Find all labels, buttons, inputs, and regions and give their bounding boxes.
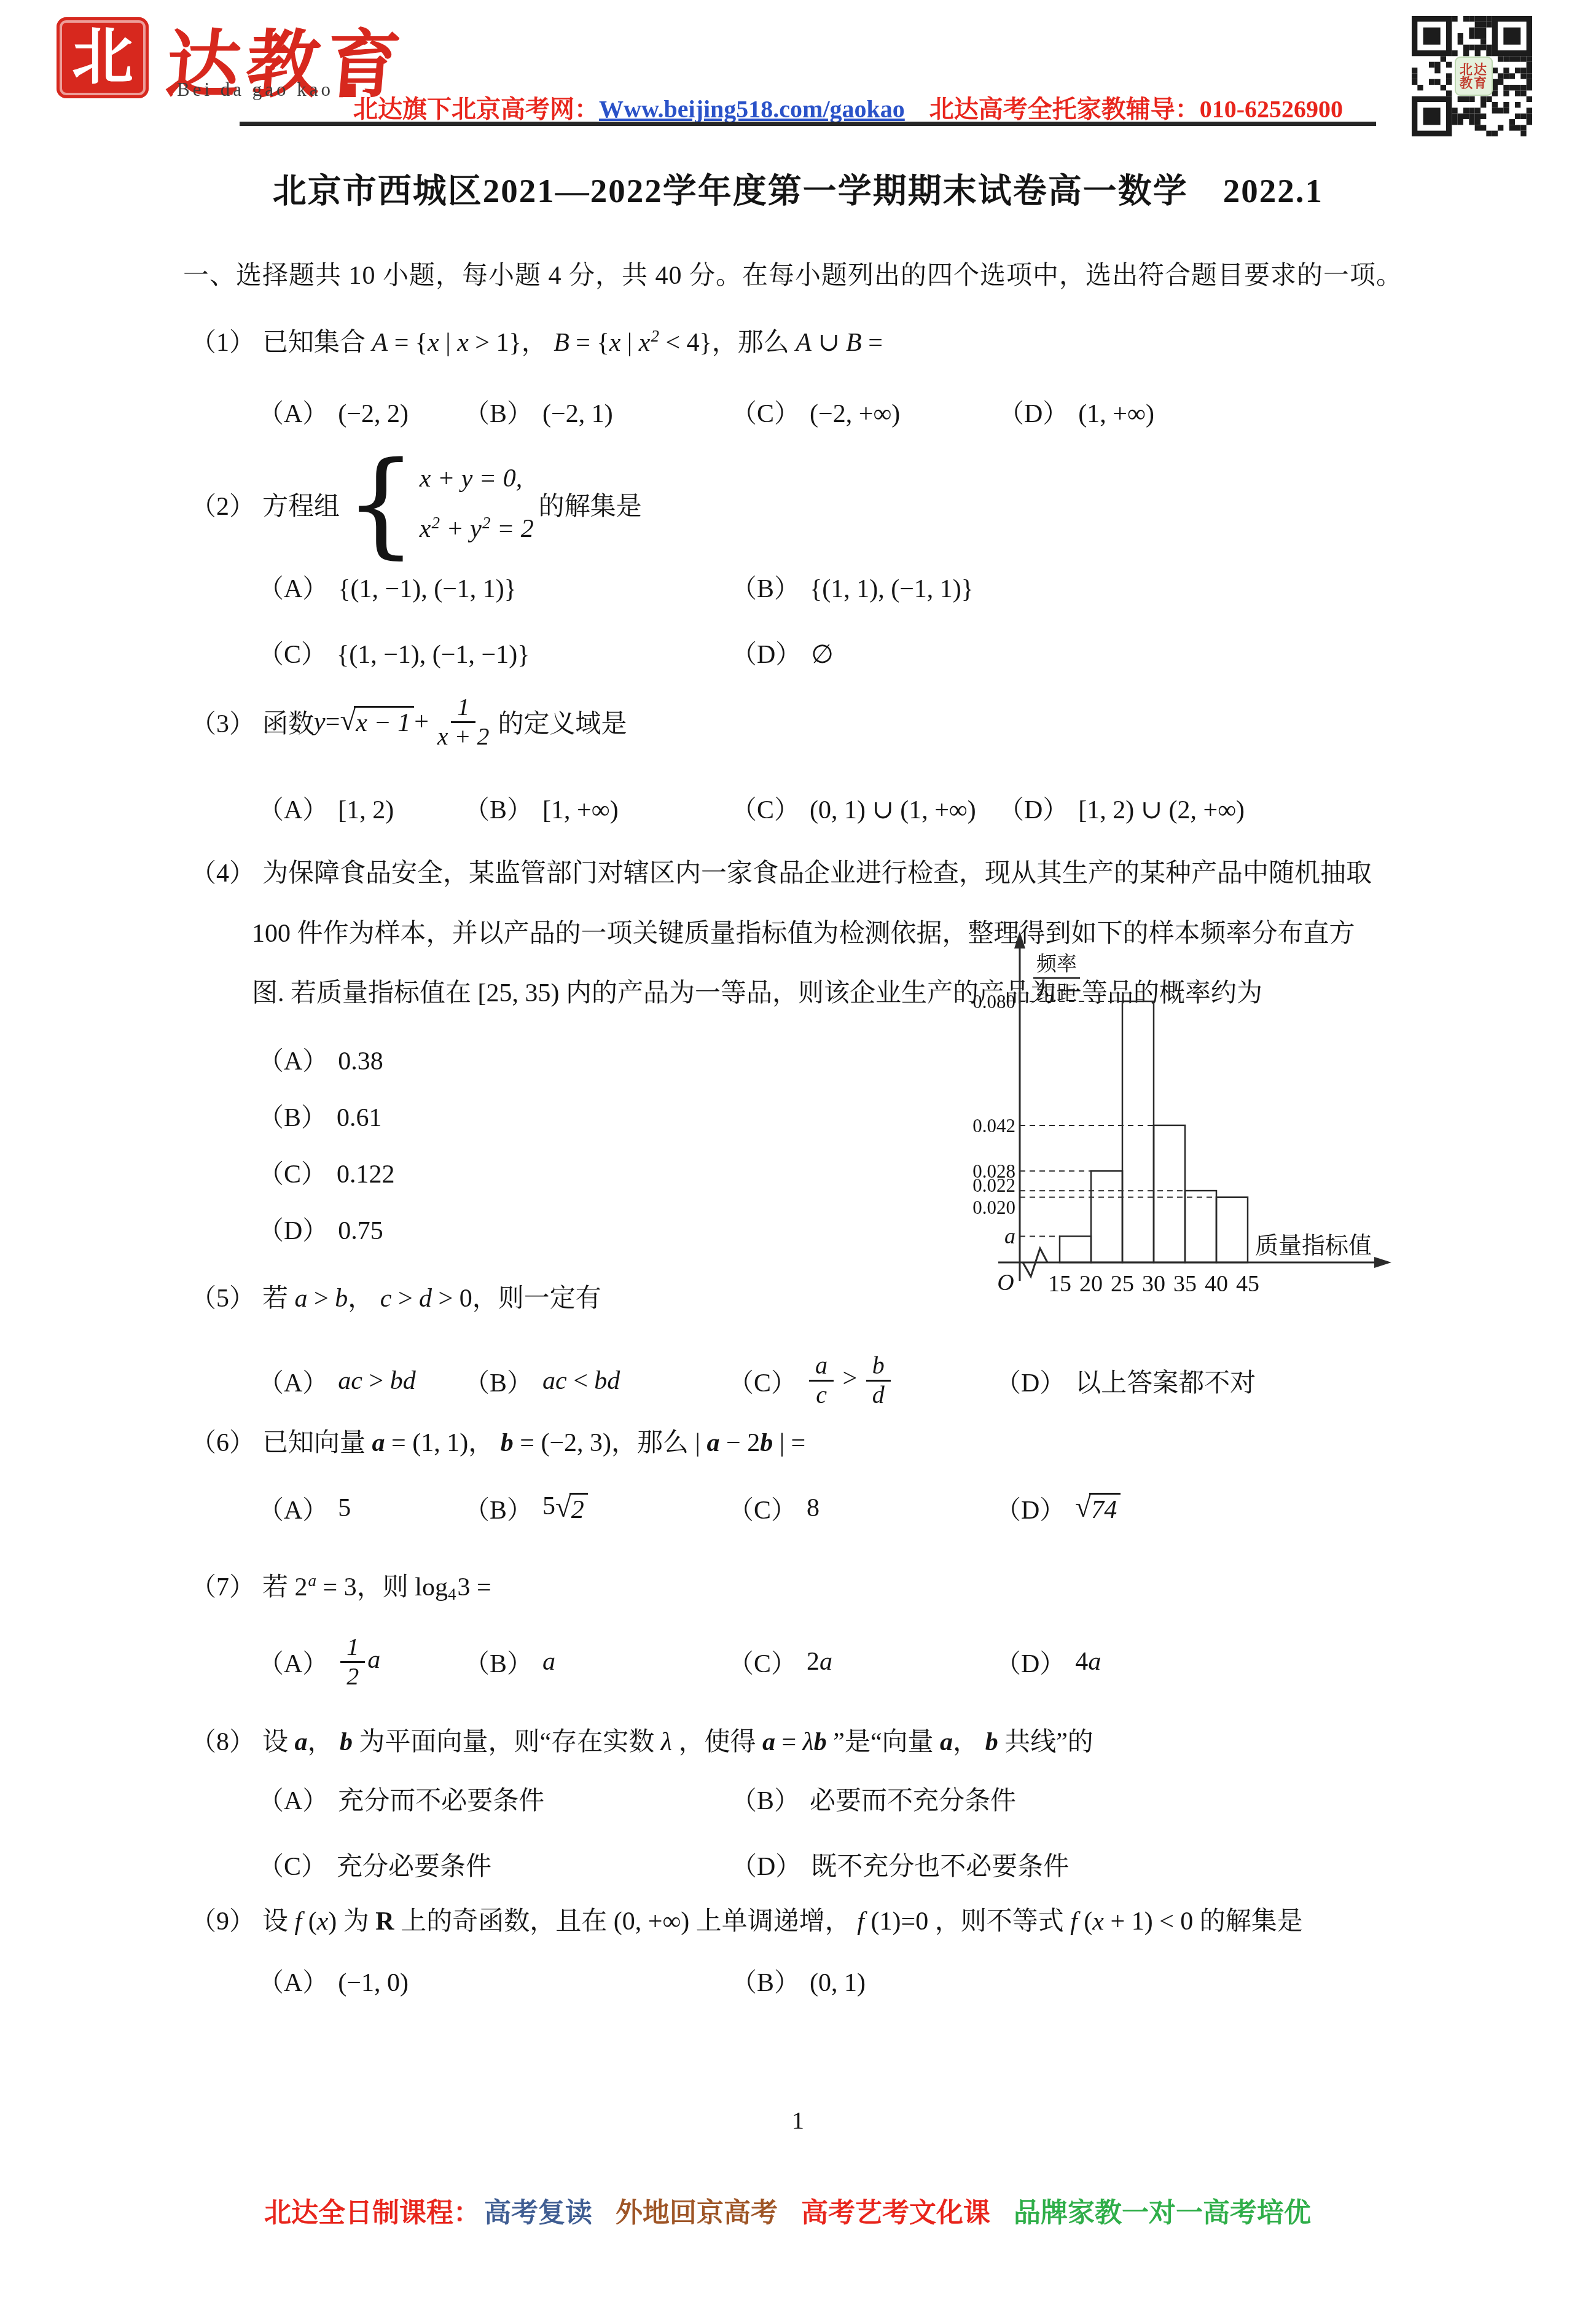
radicand: 74 [1089,1493,1121,1525]
option: （B）{(1, 1), (−1, 1)} [731,568,974,605]
text-segment: = [326,707,340,737]
math-segment: ac [542,1367,567,1395]
text-segment: 上的奇函数，且在 (0, +∞) 上单调递增， [394,1907,858,1936]
vector-segment: b [760,1429,773,1457]
text-segment: − 2 [719,1429,760,1457]
radicand: 2 [569,1493,588,1525]
svg-text:组距: 组距 [1036,982,1077,1005]
math-segment: a [542,1648,555,1676]
text-segment: 设 [262,1907,295,1936]
option-value: {(1, 1), (−1, 1)} [810,575,974,603]
option: （D）[1, 2) ∪ (2, +∞) [998,789,1245,826]
option: （D）既不充分也不必要条件 [731,1846,1069,1883]
text-segment: ”是“向量 [827,1728,940,1756]
question-number: （9） [190,1907,255,1936]
brand-logo-subtitle: Bei da gao kao [177,79,356,101]
math-segment: c [380,1285,392,1313]
option-label: （A） [258,796,328,824]
text-segment: = 3，则 log [316,1573,448,1602]
option-label: （C） [731,400,800,428]
radicand: x − 1 [354,706,414,738]
math-segment: a [295,1285,308,1313]
option: （B）(−2, 1) [464,393,613,430]
option-label: （B） [731,1787,800,1815]
option-value: 2a [807,1647,832,1676]
math-segment: A [796,329,812,357]
option: （A）0.38 [258,1041,383,1078]
fraction: ac [809,1352,834,1409]
text-segment: = (1, 1)， [385,1429,501,1457]
text-segment: ( [302,1907,317,1936]
option-label: （B） [731,575,800,603]
text-segment: (−2, 1) [542,400,613,428]
system-line: x2 + y2 = 2 [420,514,534,544]
brand-stamp-char: 北 [72,27,133,88]
frequency-histogram: 0.0800.0420.0280.0220.020a15202530354045… [961,921,1428,1315]
svg-text:15: 15 [1048,1271,1071,1297]
text-segment: > [362,1367,390,1395]
vector-segment: b [814,1728,827,1756]
option-value: √74 [1075,1492,1121,1525]
question-stem: （2）方程组 {x + y = 0,x2 + y2 = 2 的解集是 [190,453,642,555]
gaokao-site-link[interactable]: Www.beijing518.com/gaokao [599,95,905,123]
contact-suffix-text: 北达高考全托家教辅导：010-62526900 [929,95,1343,123]
option: （B）a [464,1619,555,1705]
math-segment: bd [390,1367,416,1395]
math-segment: B [554,329,569,357]
option-value: a [542,1647,555,1676]
fraction-denominator: d [866,1382,891,1409]
superscript: a [308,1571,317,1590]
text-segment: 共线”的 [998,1728,1093,1756]
svg-text:0.042: 0.042 [972,1115,1015,1136]
radical: √x − 1 [340,706,414,738]
math-segment: bd [594,1367,620,1395]
option-label: （D） [995,1643,1065,1680]
math-segment: ac [338,1367,362,1395]
page-number: 1 [0,2106,1596,2135]
text-segment: [1, +∞) [542,796,619,824]
text-segment: ， [308,1728,340,1756]
option-label: （A） [258,1643,328,1680]
footer-course-item: 高考复读 [484,2198,592,2228]
option: （C）0.122 [258,1154,395,1191]
option-value: (0, 1) [810,1969,866,1997]
math-segment: y [314,707,326,737]
option: （D）(1, +∞) [998,393,1154,430]
option: （D）∅ [731,634,834,671]
vector-segment: a [940,1728,953,1756]
text-segment: 已知集合 [262,329,372,357]
text-segment: 5 [338,1494,351,1522]
math-segment: x [317,1907,329,1936]
text-segment: ) 为 [328,1907,375,1936]
question-number: （8） [190,1728,255,1756]
question-stem: （7）若 2a = 3，则 log43 = [190,1567,491,1603]
text-segment: (−2, 2) [338,400,409,428]
option-value: (0, 1) ∪ (1, +∞) [810,796,976,824]
option-label: （D） [731,641,801,669]
option: （C）2a [728,1619,832,1705]
section-instructions: 一、选择题共 10 小题，每小题 4 分，共 40 分。在每小题列出的四个选项中… [183,255,1402,292]
option-value: (−2, 2) [338,400,409,428]
math-segment: + y [440,515,482,543]
option-label: （B） [464,1643,533,1680]
option: （D）以上答案都不对 [995,1339,1256,1422]
option-label: （B） [258,1104,327,1132]
svg-text:30: 30 [1142,1271,1165,1297]
option: （B）0.61 [258,1097,382,1134]
option: （B）5√2 [464,1474,588,1542]
text-segment: 若 [262,1285,295,1313]
text-segment: 的定义域是 [498,703,627,740]
option-label: （D） [998,400,1068,428]
option-value: [1, 2) [338,796,394,824]
option-value: (−1, 0) [338,1969,409,1997]
fraction: 12 [340,1633,365,1691]
brand-logo-subtitle-text: Bei da gao kao [177,79,334,100]
option-value: 必要而不充分条件 [810,1787,1016,1815]
text-segment: + [414,707,429,737]
option: （A）(−1, 0) [258,1962,409,1999]
system-lines: x + y = 0,x2 + y2 = 2 [420,464,534,544]
fraction-numerator: a [809,1352,834,1382]
option-label: （B） [464,1490,533,1527]
fraction-numerator: 1 [451,694,475,723]
option-label: （D） [731,1853,801,1881]
math-segment: λ [661,1728,672,1756]
option-label: （C） [258,641,327,669]
svg-text:0.080: 0.080 [972,991,1015,1012]
option-value: {(1, −1), (−1, −1)} [337,641,530,669]
text-segment: | [620,329,638,357]
option-value: 4a [1075,1647,1101,1676]
math-segment: B [846,329,862,357]
option-label: （D） [995,1363,1065,1399]
question-number: （4） [190,859,255,888]
option: （A）ac > bd [258,1339,416,1422]
vector-segment: a [295,1728,308,1756]
math-segment: a [1088,1648,1101,1676]
text-segment: = [775,1728,803,1756]
text-segment: > 1}， [469,329,554,357]
text-segment: = (−2, 3)，那么 | [514,1429,707,1457]
option-label: （B） [731,1969,800,1997]
svg-text:20: 20 [1079,1271,1103,1297]
option-label: （A） [258,1787,328,1815]
text-segment: > [836,1364,864,1393]
question-stem: （6）已知向量 a = (1, 1)， b = (−2, 3)，那么 | a −… [190,1422,805,1459]
option: （B）必要而不充分条件 [731,1780,1016,1817]
option-label: （D） [998,796,1068,824]
text-segment: {(1, 1), (−1, 1)} [810,575,974,603]
question-number: （7） [190,1573,255,1602]
footer-course-item: 高考艺考文化课 [801,2198,990,2228]
math-segment: f [857,1907,864,1936]
question-number: （6） [190,1429,255,1457]
brand-stamp-icon: 北 [57,17,149,98]
option-value: 8 [807,1493,820,1523]
superscript: 2 [651,327,659,345]
option: （C）8 [728,1474,820,1542]
option: （A）12a [258,1619,380,1705]
math-segment: b [335,1285,348,1313]
text-segment: (0, 1) [810,1969,866,1997]
option-value: [1, +∞) [542,796,619,824]
text-segment: 5 [542,1492,555,1520]
superscript: 2 [482,514,491,532]
text-segment: (1)=0 ，则不等式 [864,1907,1070,1936]
math-segment: A [372,329,388,357]
text-segment: ∪ [812,329,846,357]
text-segment: ( [1078,1907,1093,1936]
fraction-denominator: 2 [340,1663,365,1691]
system-line: x + y = 0, [420,464,534,493]
option-value: ac > bd [807,1352,893,1409]
question-stem: （8）设 a， b 为平面向量，则“存在实数 λ ，使得 a = λb ”是“向… [190,1721,1093,1758]
radical: √74 [1075,1493,1121,1525]
option-label: （A） [258,400,328,428]
math-segment: x [639,329,651,357]
text-segment: = [862,329,883,357]
option: （B）[1, +∞) [464,789,619,826]
text-segment: {(1, −1), (−1, −1)} [337,641,530,669]
question-stem: （3）函数 y = √x − 1 + 1x + 2 的定义域是 [190,676,627,768]
fraction: bd [866,1352,891,1409]
option: （A）[1, 2) [258,789,394,826]
text-segment: 0.75 [338,1217,383,1245]
question-stem: （1）已知集合 A = {x | x > 1}， B = {x | x2 < 4… [190,322,883,359]
text-segment: [1, 2) ∪ (2, +∞) [1078,796,1245,824]
option-value: 以上答案都不对 [1075,1363,1256,1399]
text-segment: 充分而不必要条件 [338,1787,544,1815]
text-segment: 8 [807,1494,820,1522]
option-label: （C） [731,796,800,824]
text-segment: | [439,329,457,357]
option-value: 5 [338,1493,351,1523]
svg-text:0.022: 0.022 [972,1175,1015,1196]
option: （A）5 [258,1474,351,1542]
option-label: （C） [258,1853,327,1881]
superscript: 2 [431,514,440,532]
svg-text:a: a [1004,1224,1015,1248]
option: （A）{(1, −1), (−1, 1)} [258,568,517,605]
text-segment: 已知向量 [262,1429,372,1457]
option-label: （A） [258,1490,328,1527]
text-segment: ， [348,1285,380,1313]
question-stem: （9）设 f (x) 为 R 上的奇函数，且在 (0, +∞) 上单调递增， f… [190,1901,1303,1938]
text-segment: 为保障食品安全，某监管部门对辖区内一家食品企业进行检查，现从其生产的某种产品中随… [262,859,1372,888]
option-value: (−2, +∞) [810,400,900,428]
contact-prefix: 北达旗下北京高考网： [353,95,599,123]
text-segment: 的解集是 [539,486,642,523]
option-value: (−2, 1) [542,400,613,428]
header-contact-line: 北达旗下北京高考网：Www.beijing518.com/gaokao 北达高考… [353,90,1343,125]
option: （A）(−2, 2) [258,393,409,430]
option-label: （A） [258,1969,328,1997]
qr-center-logo: 北达教育 [1455,57,1493,96]
radical: √2 [555,1493,588,1525]
text-segment: 既不充分也不必要条件 [811,1853,1069,1881]
option-label: （C） [728,1490,797,1527]
exam-page: 北 达教育 Bei da gao kao 北达旗下北京高考网：Www.beiji… [0,0,1596,2300]
option-value: 0.38 [338,1047,383,1076]
option-value: 5√2 [542,1492,588,1525]
text-segment: (−2, +∞) [810,400,900,428]
option-value: ac > bd [338,1366,415,1396]
option-value: 既不充分也不必要条件 [811,1853,1069,1881]
svg-text:35: 35 [1173,1271,1197,1297]
math-segment: x [420,515,431,543]
math-segment: x + y = 0, [420,464,522,493]
text-segment: | = [773,1429,805,1457]
option-label: （D） [258,1217,328,1245]
text-segment: = { [388,329,428,357]
fraction-denominator: c [810,1382,833,1409]
math-segment: x [428,329,439,357]
text-segment: 若 2 [262,1573,308,1602]
vector-segment: a [372,1429,385,1457]
text-segment: (−1, 0) [338,1969,409,1997]
vector-segment: a [762,1728,775,1756]
footer-courses-line: 北达全日制课程：高考复读外地回京高考高考艺考文化课品牌家教一对一高考培优 [264,2191,1334,2230]
option-value: [1, 2) ∪ (2, +∞) [1078,796,1245,824]
text-segment: ， [953,1728,985,1756]
option-value: 充分必要条件 [337,1853,491,1881]
option-value: (1, +∞) [1078,400,1154,428]
text-segment: 设 [262,1728,295,1756]
option-label: （A） [258,1047,328,1076]
option-label: （B） [464,400,533,428]
text-segment: = { [569,329,609,357]
option-label: （B） [464,796,533,824]
text-segment: 3 = [457,1573,491,1602]
text-segment: (0, 1) ∪ (1, +∞) [810,796,976,824]
option-value: 充分而不必要条件 [338,1787,544,1815]
option-value: 0.61 [337,1104,382,1132]
option-label: （A） [258,575,328,603]
text-segment: 以上答案都不对 [1075,1369,1256,1398]
math-segment: x [457,329,469,357]
header-divider [240,122,1376,126]
text-segment: {(1, −1), (−1, 1)} [338,575,517,603]
question-number: （5） [190,1285,255,1313]
subscript: 4 [448,1585,456,1603]
text-segment: 必要而不充分条件 [810,1787,1016,1815]
text-segment: + 1) < 0 的解集是 [1104,1907,1303,1936]
vector-segment: a [706,1429,719,1457]
option-value: ac < bd [542,1366,620,1396]
option: （C）{(1, −1), (−1, −1)} [258,634,530,671]
math-segment: x [1092,1907,1104,1936]
text-segment: < 4}，那么 [659,329,796,357]
text-segment: 充分必要条件 [337,1853,491,1881]
math-segment: λ [803,1728,814,1756]
option-label: （B） [464,1363,533,1399]
text-segment: > [391,1285,419,1313]
svg-text:25: 25 [1111,1271,1134,1297]
option: （D）4a [995,1619,1101,1705]
option-label: （A） [258,1363,328,1399]
text-segment: 4 [1075,1648,1088,1676]
option: （A）充分而不必要条件 [258,1780,544,1817]
option-value: 0.122 [337,1160,395,1189]
footer-course-item: 品牌家教一对一高考培优 [1014,2198,1311,2228]
text-segment: > [308,1285,335,1313]
text-segment: (1, +∞) [1078,400,1154,428]
option-label: （C） [728,1643,797,1680]
option: （B）ac < bd [464,1339,620,1422]
math-segment: a [367,1646,380,1674]
svg-text:45: 45 [1236,1271,1259,1297]
option-value: 12a [338,1633,380,1691]
math-segment: f [295,1907,302,1936]
option-label: （C） [258,1160,327,1189]
text-segment: < [567,1367,595,1395]
set-symbol-segment: R [375,1907,394,1936]
text-segment: > 0，则一定有 [432,1285,601,1313]
vector-segment: b [985,1728,998,1756]
equation-system: {x + y = 0,x2 + y2 = 2 [345,460,534,548]
text-segment: 0.38 [338,1047,383,1076]
text-segment: 方程组 [262,486,340,523]
option: （C）ac > bd [728,1339,893,1422]
fraction-denominator: x + 2 [431,723,496,751]
system-brace-icon: { [345,460,417,548]
svg-text:频率: 频率 [1036,953,1077,976]
option: （C）充分必要条件 [258,1846,491,1883]
text-segment: 0.61 [337,1104,382,1132]
option: （C）(0, 1) ∪ (1, +∞) [731,789,976,826]
math-segment: = 2 [490,515,533,543]
option-value: ∅ [811,641,834,669]
option-value: {(1, −1), (−1, 1)} [338,575,517,603]
footer-course-item: 北达全日制课程： [264,2198,480,2228]
option: （D）√74 [995,1474,1121,1542]
math-segment: x [609,329,621,357]
vector-segment: b [501,1429,514,1457]
question-number: （3） [190,703,255,740]
text-segment: 函数 [262,703,314,740]
page-title: 北京市西城区2021—2022学年度第一学期期末试卷高一数学 2022.1 [0,163,1596,212]
question-number: （2） [190,486,255,523]
question-number: （1） [190,329,255,357]
option: （D）0.75 [258,1210,383,1247]
fraction-numerator: b [866,1352,891,1382]
text-segment: 为平面向量，则“存在实数 [353,1728,661,1756]
fraction-numerator: 1 [340,1633,365,1663]
text-segment: ∅ [811,641,834,669]
svg-text:质量指标值: 质量指标值 [1255,1233,1372,1259]
svg-text:40: 40 [1205,1271,1228,1297]
text-segment: [1, 2) [338,796,394,824]
text-segment: ，使得 [672,1728,762,1756]
math-segment: d [419,1285,432,1313]
option-label: （C） [728,1363,797,1399]
math-segment: a [820,1648,832,1676]
question-stem: （5）若 a > b， c > d > 0，则一定有 [190,1278,601,1315]
contact-suffix: 北达高考全托家教辅导：010-62526900 [905,95,1343,123]
text-segment: 2 [807,1648,820,1676]
option: （B）(0, 1) [731,1962,866,1999]
option: （C）(−2, +∞) [731,393,900,430]
fraction: 1x + 2 [431,694,496,751]
option-label: （D） [995,1490,1065,1527]
qr-code: 北达教育 [1412,16,1532,136]
footer-course-item: 外地回京高考 [616,2198,778,2228]
svg-text:0.020: 0.020 [972,1197,1015,1218]
question-stem-line: （4）为保障食品安全，某监管部门对辖区内一家食品企业进行检查，现从其生产的某种产… [190,853,1372,890]
